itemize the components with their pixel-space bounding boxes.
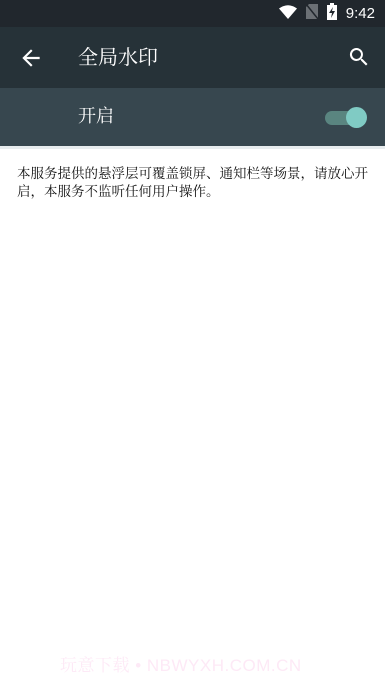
wifi-icon: [279, 4, 297, 23]
app-bar: 全局水印: [0, 27, 385, 88]
search-icon: [347, 45, 371, 69]
enable-label: 开启: [78, 104, 114, 130]
enable-switch[interactable]: [325, 105, 365, 129]
enable-row[interactable]: 开启: [0, 88, 385, 146]
description-text: 本服务提供的悬浮层可覆盖锁屏、通知栏等场景，请放心开启，本服务不监听任何用户操作…: [17, 165, 372, 201]
no-sim-icon: [306, 4, 318, 23]
status-time: 9:42: [346, 5, 375, 22]
status-bar: 9:42: [0, 0, 385, 27]
battery-charging-icon: [327, 3, 337, 24]
search-button[interactable]: [347, 45, 371, 69]
watermark-text: 玩意下载 • NBWYXH.COM.CN: [60, 651, 302, 676]
back-button[interactable]: [18, 45, 44, 71]
divider: [0, 146, 385, 149]
switch-thumb: [346, 107, 367, 128]
page-title: 全局水印: [78, 42, 158, 72]
arrow-back-icon: [18, 45, 44, 71]
